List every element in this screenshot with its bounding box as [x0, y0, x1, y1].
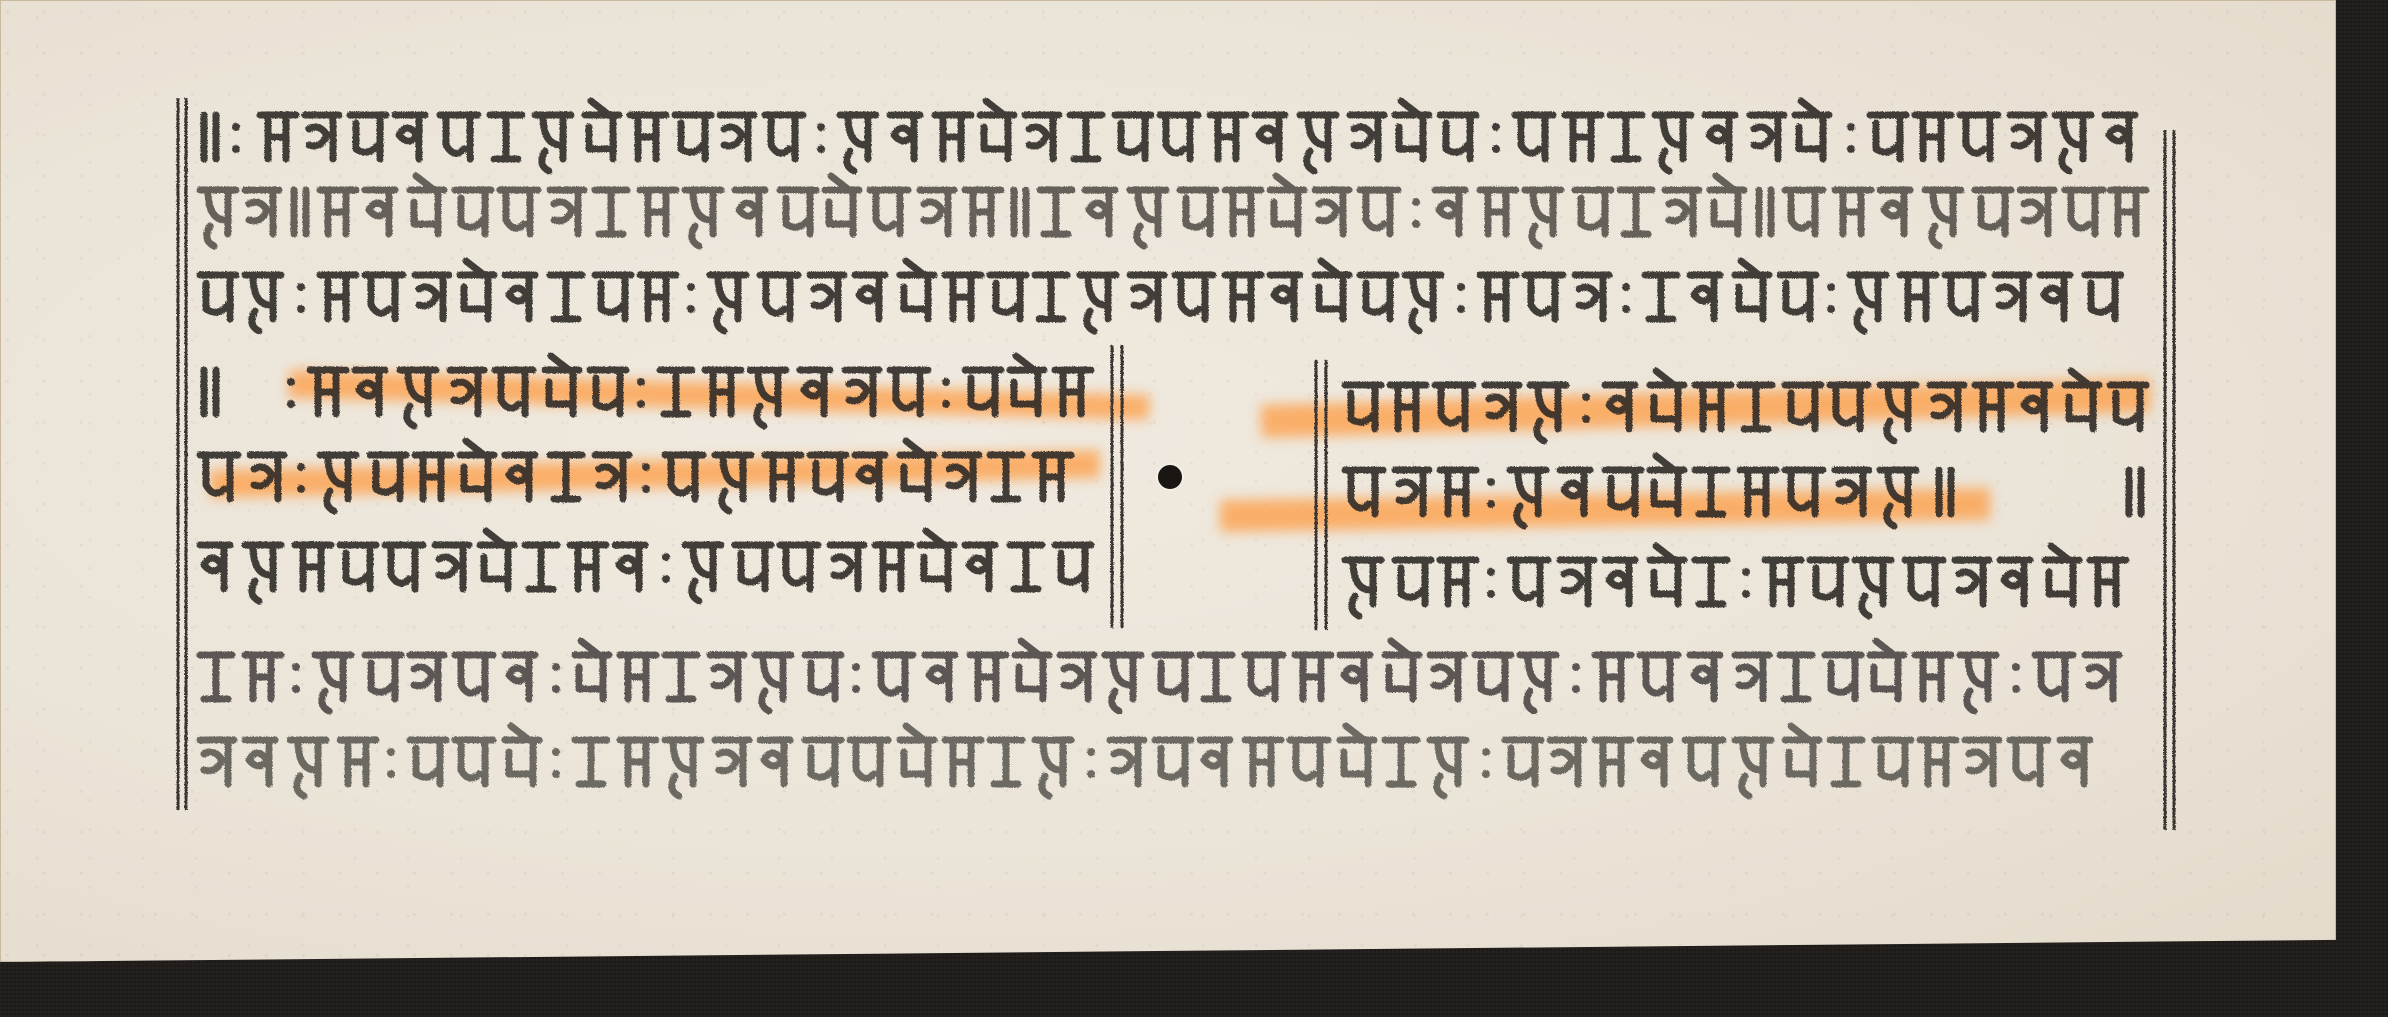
ink-text	[200, 101, 2146, 796]
text-line-6-right	[1345, 546, 2126, 616]
text-line-3	[200, 261, 2121, 331]
text-line-1	[204, 101, 2135, 171]
manuscript-text-layer	[0, 0, 2388, 1017]
string-hole	[1157, 464, 1183, 490]
text-line-6-left	[200, 531, 1091, 601]
text-line-2	[200, 176, 2146, 246]
text-line-7	[200, 641, 2119, 711]
text-line-8	[200, 726, 2090, 796]
